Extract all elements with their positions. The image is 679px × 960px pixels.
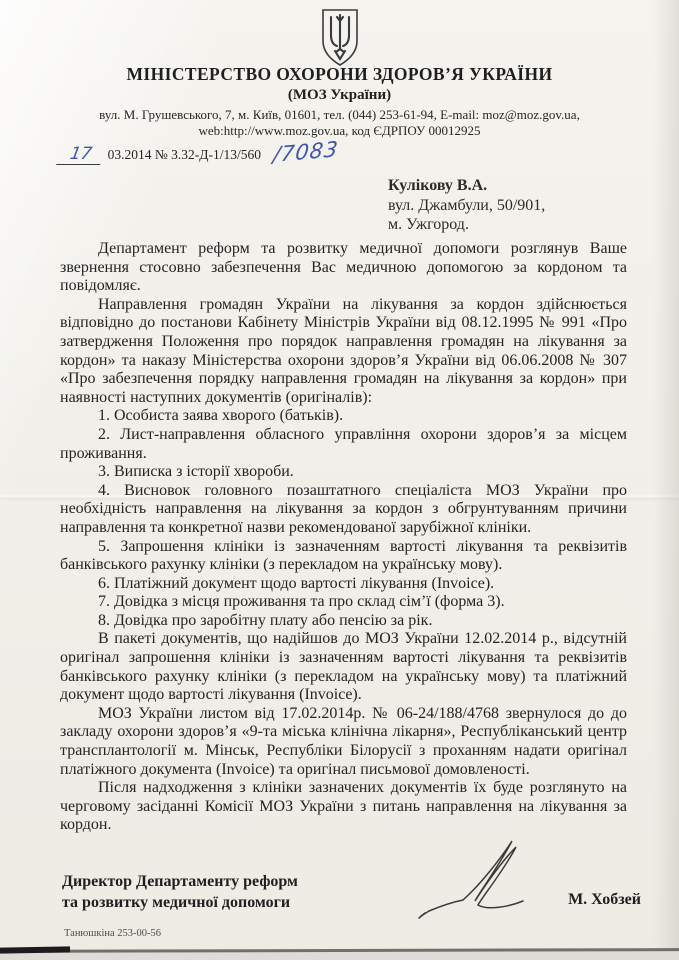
signer-position: Директор Департаменту реформ та розвитку…	[62, 871, 298, 913]
ministry-short-name: (МОЗ України)	[0, 87, 679, 104]
list-item: 6. Платіжний документ щодо вартості ліку…	[60, 575, 627, 594]
page-bottom-edge-dark	[0, 946, 70, 953]
reference-line: 17 03.2014 № 3.32-Д-1/13/560 /7083	[58, 140, 339, 165]
ministry-title: МІНІСТЕРСТВО ОХОРОНИ ЗДОРОВ’Я УКРАЇНИ	[0, 64, 679, 85]
addressee-city: м. Ужгород.	[388, 215, 545, 235]
signer-position-line-1: Директор Департаменту реформ	[62, 871, 298, 892]
paragraph: Направлення громадян України на лікуванн…	[60, 296, 627, 408]
letter-body: Департамент реформ та розвитку медичної …	[60, 240, 627, 835]
list-item: 3. Виписка з історії хвороби.	[60, 463, 627, 482]
list-item: 4. Висновок головного позаштатного спеці…	[60, 482, 627, 538]
paragraph: Після надходження з клініки зазначених д…	[60, 779, 627, 835]
scanned-letter-page: { "colors": { "ink_blue": "#3f56ae", "pa…	[0, 0, 679, 960]
list-item: 8. Довідка про заробітну плату або пенсі…	[60, 612, 627, 631]
scan-edge-shade	[653, 0, 679, 960]
handwritten-incoming-number: /7083	[272, 137, 340, 167]
handwritten-signature	[415, 836, 540, 926]
signer-name: М. Хобзей	[568, 891, 641, 909]
signer-position-line-2: та розвитку медичної допомоги	[62, 892, 298, 913]
addressee-street: вул. Джамбули, 50/901,	[388, 196, 545, 216]
executor-contact: Танюшкіна 253-00-56	[64, 928, 161, 939]
paragraph: МОЗ України листом від 17.02.2014р. № 06…	[60, 705, 627, 779]
list-item: 2. Лист-направлення обласного управління…	[60, 426, 627, 463]
list-item: 7. Довідка з місця проживання та про скл…	[60, 593, 627, 612]
ministry-address: вул. М. Грушевського, 7, м. Київ, 01601,…	[0, 107, 679, 139]
paragraph: Департамент реформ та розвитку медичної …	[60, 240, 627, 296]
handwritten-day: 17	[56, 144, 103, 165]
addressee-name: Кулікову В.А.	[388, 176, 545, 196]
addressee-block: Кулікову В.А. вул. Джамбули, 50/901, м. …	[388, 176, 545, 235]
list-item: 5. Запрошення клініки із зазначенням вар…	[60, 538, 627, 575]
paragraph: В пакеті документів, що надійшов до МОЗ …	[60, 630, 627, 704]
list-item: 1. Особиста заява хворого (батьків).	[60, 407, 627, 426]
reference-number: 03.2014 № 3.32-Д-1/13/560	[108, 147, 261, 163]
address-line-1: вул. М. Грушевського, 7, м. Київ, 01601,…	[0, 107, 679, 123]
